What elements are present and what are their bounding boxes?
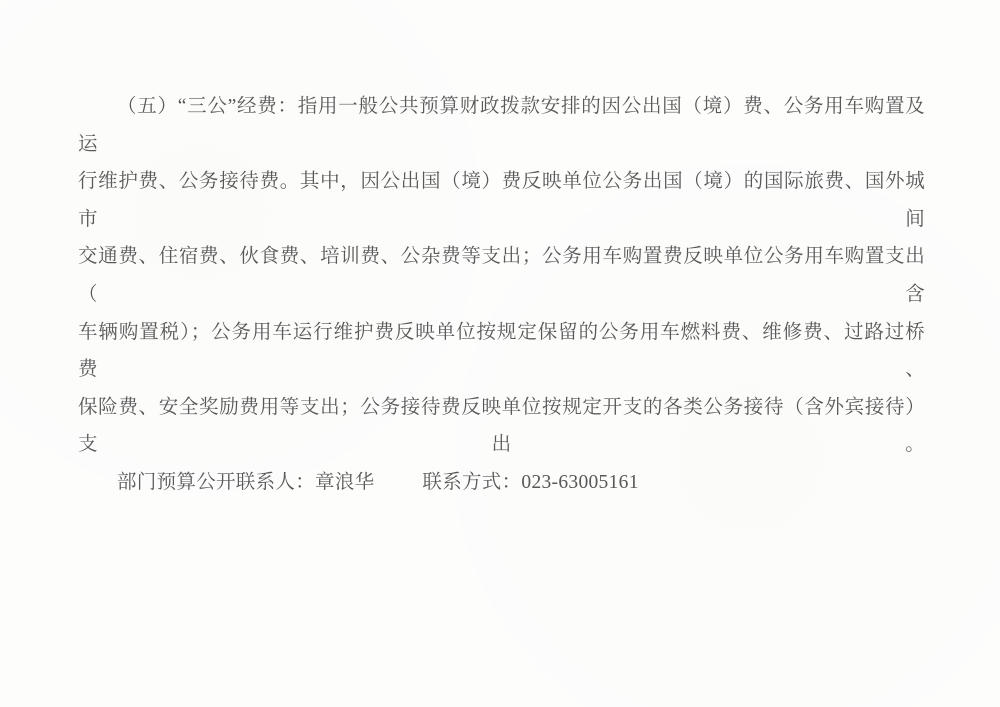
contact-method-label: 联系方式：023-63005161 [422,472,638,493]
paragraph-line-5: 保险费、安全奖励费用等支出；公务接待费反映单位按规定开支的各类公务接待（含外宾接… [78,389,925,464]
paragraph-line-3: 交通费、住宿费、伙食费、培训费、公杂费等支出；公务用车购置费反映单位公务用车购置… [78,238,925,313]
document-body: （五）“三公”经费：指用一般公共预算财政拨款安排的因公出国（境）费、公务用车购置… [78,88,925,502]
contact-person-label: 部门预算公开联系人：章浪华 [117,472,374,493]
paragraph-line-2: 行维护费、公务接待费。其中，因公出国（境）费反映单位公务出国（境）的国际旅费、国… [78,163,925,238]
scanned-document-page: （五）“三公”经费：指用一般公共预算财政拨款安排的因公出国（境）费、公务用车购置… [0,0,1000,707]
contact-line: 部门预算公开联系人：章浪华联系方式：023-63005161 [78,464,925,502]
paragraph-line-4: 车辆购置税）；公务用车运行维护费反映单位按规定保留的公务用车燃料费、维修费、过路… [78,314,925,389]
paragraph-line-1: （五）“三公”经费：指用一般公共预算财政拨款安排的因公出国（境）费、公务用车购置… [78,88,925,163]
